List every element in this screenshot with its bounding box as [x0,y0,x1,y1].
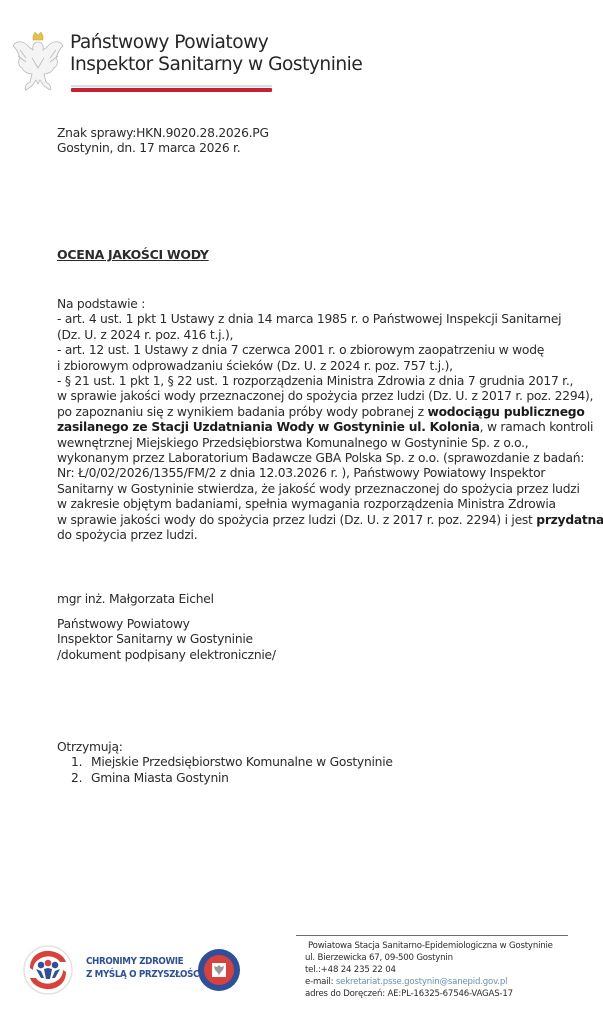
flag-white-stripe [71,85,272,87]
polish-eagle-emblem-icon [10,28,66,94]
role-line-2: Inspektor Sanitarny w Gostyninie [57,632,276,647]
station-street: ul. Bierzewicka 67, 09-500 Gostynin [305,952,553,964]
recipient-number: 2. [71,771,91,786]
email-link[interactable]: sekretariat.psse.gostynin@sanepid.gov.pl [336,977,507,987]
bold-text: wodociągu publicznego [428,405,585,419]
place-date: Gostynin, dn. 17 marca 2026 r. [57,141,269,156]
recipient-item: 2. Gmina Miasta Gostynin [57,771,393,786]
email-label: e-mail: [305,977,336,987]
text-run: wykonanym przez Laboratorium Badawcze GB… [57,451,584,465]
recipient-number: 1. [71,755,91,770]
footer-divider [296,935,568,936]
text-run: Sanitarny w Gostyninie stwierdza, że jak… [57,482,580,496]
document-meta: Znak sprawy:HKN.9020.28.2026.PG Gostynin… [57,126,269,157]
station-email-row: e-mail: sekretariat.psse.gostynin@sanepi… [305,976,553,988]
station-address: Powiatowa Stacja Sanitarno-Epidemiologic… [305,940,553,1000]
flag-red-stripe [71,88,272,92]
body-line: i zbiorowym odprowadzaniu ścieków (Dz. U… [57,359,597,374]
body-line: do spożycia przez ludzi. [57,528,597,543]
campaign-slogan: CHRONIMY ZDROWIE Z MYŚLĄ O PRZYSZŁOŚCI [86,955,202,981]
text-run: , w ramach kontroli [480,420,594,434]
body-line: wewnętrznej Miejskiego Przedsiębiorstwa … [57,436,597,451]
text-run: - art. 12 ust. 1 Ustawy z dnia 7 czerwca… [57,343,544,357]
hands-people-logo-icon [22,944,74,996]
station-name: Powiatowa Stacja Sanitarno-Epidemiologic… [305,940,553,952]
signatory-role: Państwowy Powiatowy Inspektor Sanitarny … [57,617,276,663]
body-line: Nr: Ł/0/02/2026/1355/FM/2 z dnia 12.03.2… [57,466,597,481]
text-run: - § 21 ust. 1 pkt 1, § 22 ust. 1 rozporz… [57,374,573,388]
text-run: - art. 4 ust. 1 pkt 1 Ustawy z dnia 14 m… [57,312,561,326]
delivery-address: adres do Doręczeń: AE:PL-16325-67546-VAG… [305,988,553,1000]
text-run: Nr: Ł/0/02/2026/1355/FM/2 z dnia 12.03.2… [57,466,545,480]
body-line: (Dz. U. z 2024 r. poz. 416 t.j.), [57,328,597,343]
document-body: Na podstawie :- art. 4 ust. 1 pkt 1 Usta… [57,297,597,544]
signature-note: /dokument podpisany elektronicznie/ [57,648,276,663]
body-line: - § 21 ust. 1 pkt 1, § 22 ust. 1 rozporz… [57,374,597,389]
recipient-name: Miejskie Przedsiębiorstwo Komunalne w Go… [91,755,393,770]
text-run: w sprawie jakości wody do spożycia przez… [57,513,536,527]
body-line: zasilanego ze Stacji Uzdatniania Wody w … [57,420,597,435]
text-run: wewnętrznej Miejskiego Przedsiębiorstwa … [57,436,528,450]
flag-divider [71,85,272,90]
text-run: Na podstawie : [57,297,145,311]
recipients-label: Otrzymują: [57,740,393,755]
slogan-line-2: Z MYŚLĄ O PRZYSZŁOŚCI [86,968,202,981]
body-line: - art. 12 ust. 1 Ustawy z dnia 7 czerwca… [57,343,597,358]
body-line: Sanitarny w Gostyninie stwierdza, że jak… [57,482,597,497]
text-run: w sprawie jakości wody przeznaczonej do … [57,389,593,403]
signatory-name: mgr inż. Małgorzata Eichel [57,592,214,607]
body-line: Na podstawie : [57,297,597,312]
bold-text: zasilanego ze Stacji Uzdatniania Wody w … [57,420,480,434]
text-run: i zbiorowym odprowadzaniu ścieków (Dz. U… [57,359,453,373]
document-title: OCENA JAKOŚCI WODY [57,247,209,262]
text-run: (Dz. U. z 2024 r. poz. 416 t.j.), [57,328,233,342]
body-line: wykonanym przez Laboratorium Badawcze GB… [57,451,597,466]
body-line: w zakresie objętym badaniami, spełnia wy… [57,497,597,512]
case-number: Znak sprawy:HKN.9020.28.2026.PG [57,126,269,141]
text-run: w zakresie objętym badaniami, spełnia wy… [57,497,556,511]
recipient-item: 1. Miejskie Przedsiębiorstwo Komunalne w… [57,755,393,770]
text-run: do spożycia przez ludzi. [57,528,197,542]
role-line-1: Państwowy Powiatowy [57,617,276,632]
body-line: po zapoznaniu się z wynikiem badania pró… [57,405,597,420]
text-run: po zapoznaniu się z wynikiem badania pró… [57,405,428,419]
institution-line-2: Inspektor Sanitarny w Gostyninie [70,54,362,76]
institution-line-1: Państwowy Powiatowy [70,32,362,54]
recipient-name: Gmina Miasta Gostynin [91,771,229,786]
institution-title: Państwowy Powiatowy Inspektor Sanitarny … [70,32,362,76]
slogan-line-1: CHRONIMY ZDROWIE [86,955,202,968]
sanitary-inspection-seal-icon [197,948,241,992]
body-line: w sprawie jakości wody przeznaczonej do … [57,389,597,404]
bold-text: przydatna [536,513,603,527]
recipients: Otrzymują: 1. Miejskie Przedsiębiorstwo … [57,740,393,786]
body-line: w sprawie jakości wody do spożycia przez… [57,513,597,528]
body-line: - art. 4 ust. 1 pkt 1 Ustawy z dnia 14 m… [57,312,597,327]
station-phone: tel.:+48 24 235 22 04 [305,964,553,976]
